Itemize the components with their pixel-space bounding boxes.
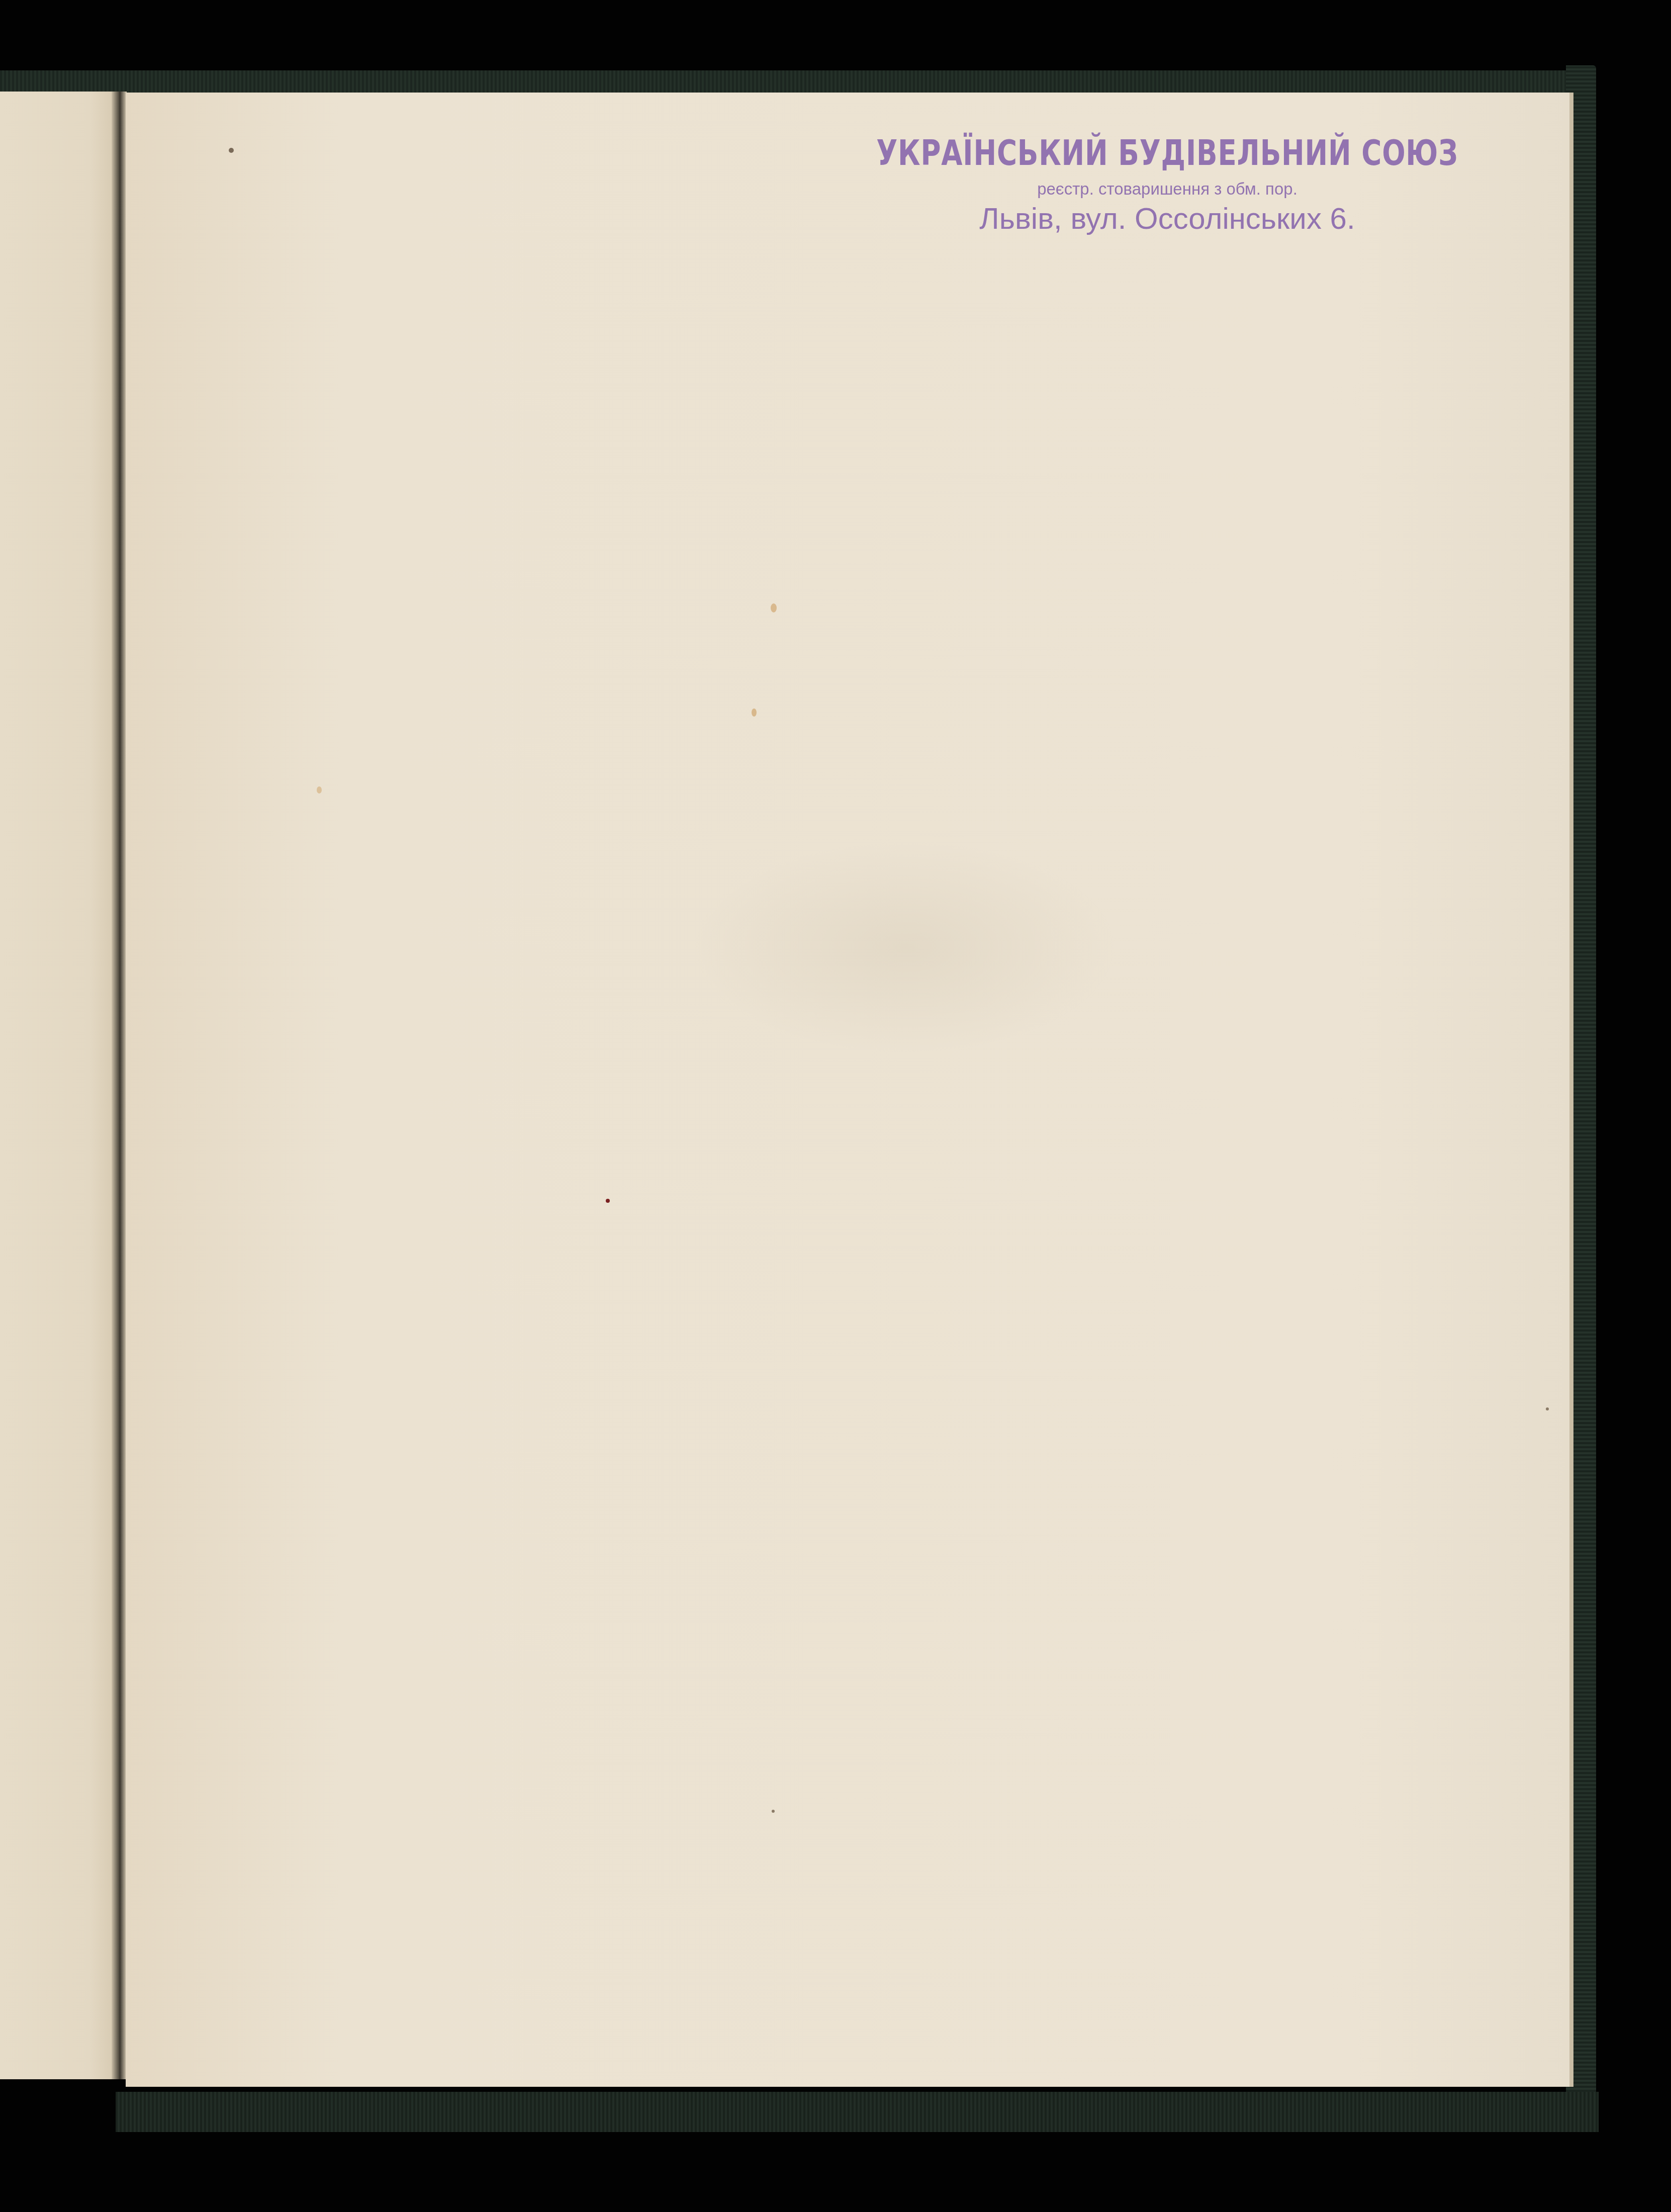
stamp-address: Львів, вул. Оссолінських 6. <box>794 201 1540 237</box>
left-page <box>0 92 113 2079</box>
book-gutter <box>112 92 127 2079</box>
paper-speck <box>752 709 757 717</box>
paper-speck <box>606 1199 610 1203</box>
ink-stamp: УКРАЇНСЬКИЙ БУДІВЕЛЬНИЙ СОЮЗ реєстр. сто… <box>794 133 1540 237</box>
paper-speck <box>229 148 234 153</box>
book-cover-bottom-edge <box>116 2092 1599 2132</box>
paper-speck <box>772 1810 775 1813</box>
book-cover-top-edge <box>0 70 1594 93</box>
paper-speck <box>771 603 777 612</box>
paper-speck <box>1546 1407 1549 1410</box>
stamp-title: УКРАЇНСЬКИЙ БУДІВЕЛЬНИЙ СОЮЗ <box>876 133 1458 172</box>
stamp-subtitle: реєстр. стоваришення з обм. пор. <box>794 178 1540 201</box>
paper-speck <box>317 786 322 793</box>
right-page <box>126 93 1573 2087</box>
